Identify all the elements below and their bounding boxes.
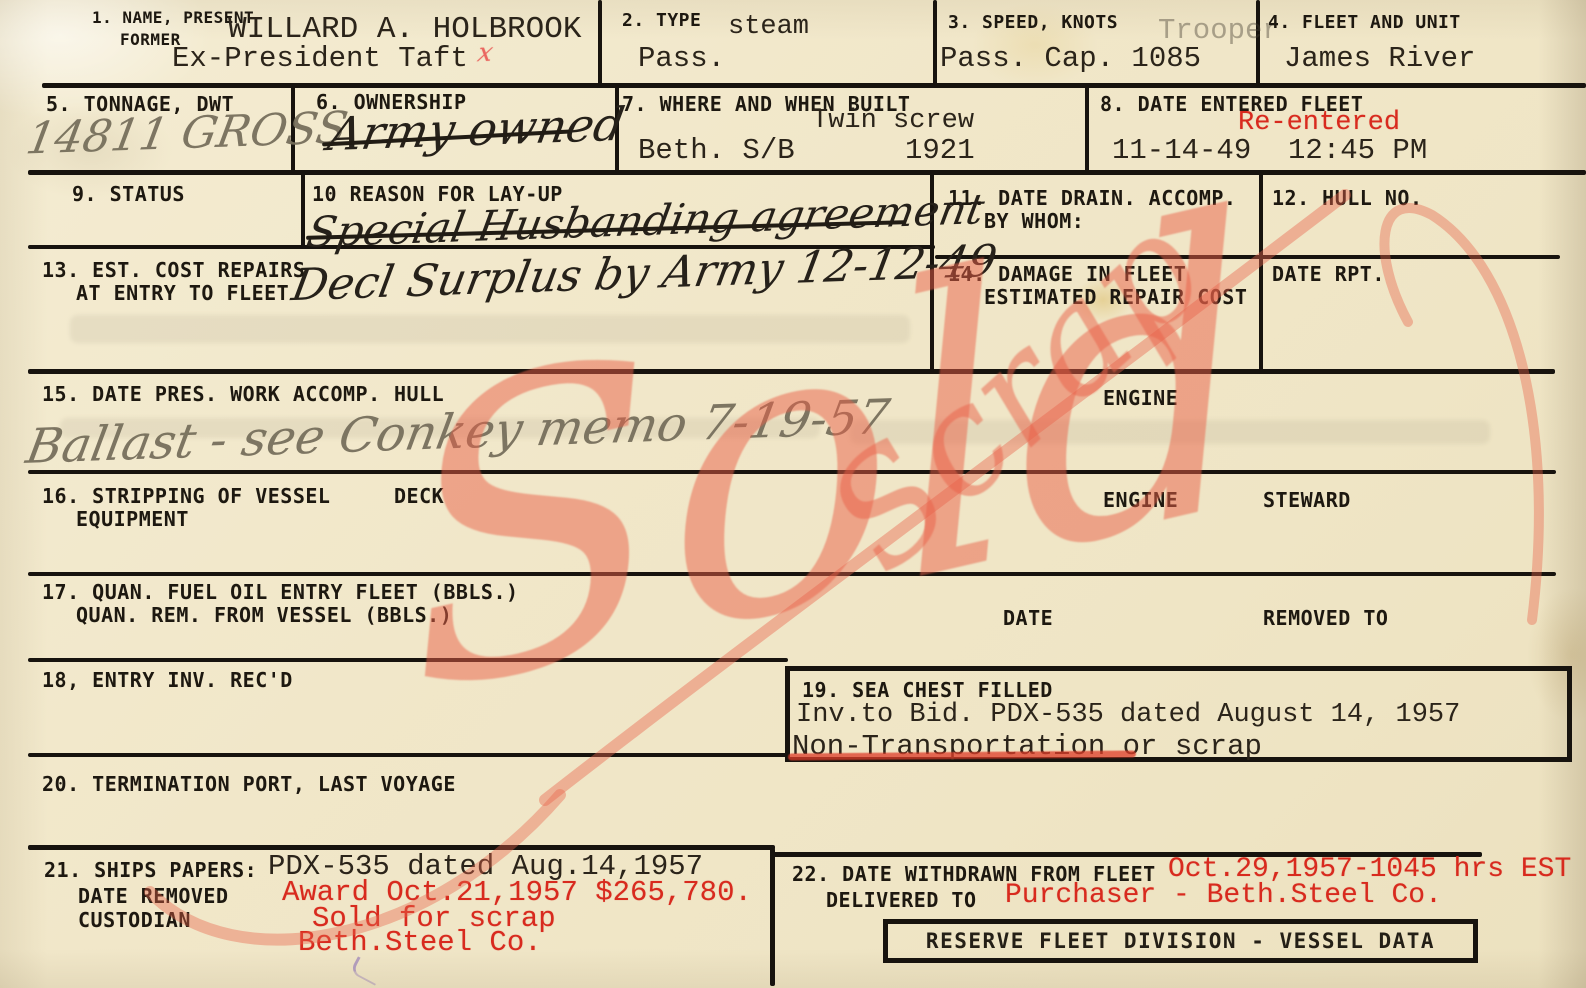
- field20-label: 20. TERMINATION PORT, LAST VOYAGE: [42, 772, 456, 796]
- field9-label: 9. STATUS: [72, 182, 185, 206]
- field16-label2: EQUIPMENT: [76, 507, 189, 531]
- builder-value: Beth. S/B: [638, 134, 795, 167]
- field18-label: 18, ENTRY INV. REC'D: [42, 668, 293, 692]
- twin-screw-value: Twin screw: [812, 106, 974, 136]
- grid-line: [770, 848, 775, 986]
- vessel-data-card: 1. NAME, PRESENT FORMER WILLARD A. HOLBR…: [0, 0, 1586, 988]
- delivered-to-label: DELIVERED TO: [826, 888, 977, 912]
- grid-line: [301, 172, 305, 247]
- field13-label: 13. EST. COST REPAIRS: [42, 258, 305, 282]
- banner-box: RESERVE FLEET DIVISION - VESSEL DATA: [883, 919, 1478, 963]
- date-rpt-label: DATE RPT.: [1272, 262, 1385, 286]
- time-entered-value: 12:45 PM: [1288, 134, 1427, 167]
- grid-line: [598, 0, 602, 85]
- field17-label2: QUAN. REM. FROM VESSEL (BBLS.): [76, 603, 452, 627]
- fleet-unit-value: James River: [1284, 42, 1475, 75]
- field2-label: 2. TYPE: [622, 10, 701, 31]
- grid-line: [933, 0, 937, 85]
- removed-to-label: REMOVED TO: [1263, 606, 1388, 630]
- field13-label2: AT ENTRY TO FLEET: [76, 281, 289, 305]
- beth-steel-value: Beth.Steel Co.: [298, 926, 542, 959]
- field3-label: 3. SPEED, KNOTS: [948, 12, 1118, 33]
- year-built-value: 1921: [905, 134, 975, 167]
- grid-line: [1259, 172, 1263, 372]
- field4-label: 4. FLEET AND UNIT: [1268, 12, 1461, 33]
- grid-line: [28, 170, 1586, 175]
- steward-label: STEWARD: [1263, 488, 1351, 512]
- speed-value: Pass. Cap. 1085: [940, 42, 1201, 75]
- vessel-name-former: Ex-President Taft: [172, 42, 468, 75]
- type-pass-value: Pass.: [638, 42, 725, 75]
- field21-label: 21. SHIPS PAPERS:: [44, 858, 257, 882]
- date-removed-label: DATE REMOVED: [78, 884, 229, 908]
- field12-label: 12. HULL NO.: [1272, 186, 1423, 210]
- grid-line: [42, 83, 1586, 88]
- grid-line: [28, 753, 788, 757]
- purchaser-value: Purchaser - Beth.Steel Co.: [1005, 880, 1442, 911]
- ownership-handwritten: Army owned: [324, 97, 628, 161]
- custodian-label: CUSTODIAN: [78, 908, 191, 932]
- tonnage-handwritten: 14811 GROSS: [22, 102, 351, 164]
- banner-title: RESERVE FLEET DIVISION - VESSEL DATA: [926, 929, 1435, 953]
- field15-label: 15. DATE PRES. WORK ACCOMP.: [42, 382, 381, 406]
- field16-label: 16. STRIPPING OF VESSEL: [42, 484, 330, 508]
- purple-mark: [349, 956, 383, 986]
- grid-line: [1085, 85, 1089, 173]
- type-value: steam: [728, 12, 809, 42]
- sea-chest-value1: Inv.to Bid. PDX-535 dated August 14, 195…: [796, 700, 1460, 730]
